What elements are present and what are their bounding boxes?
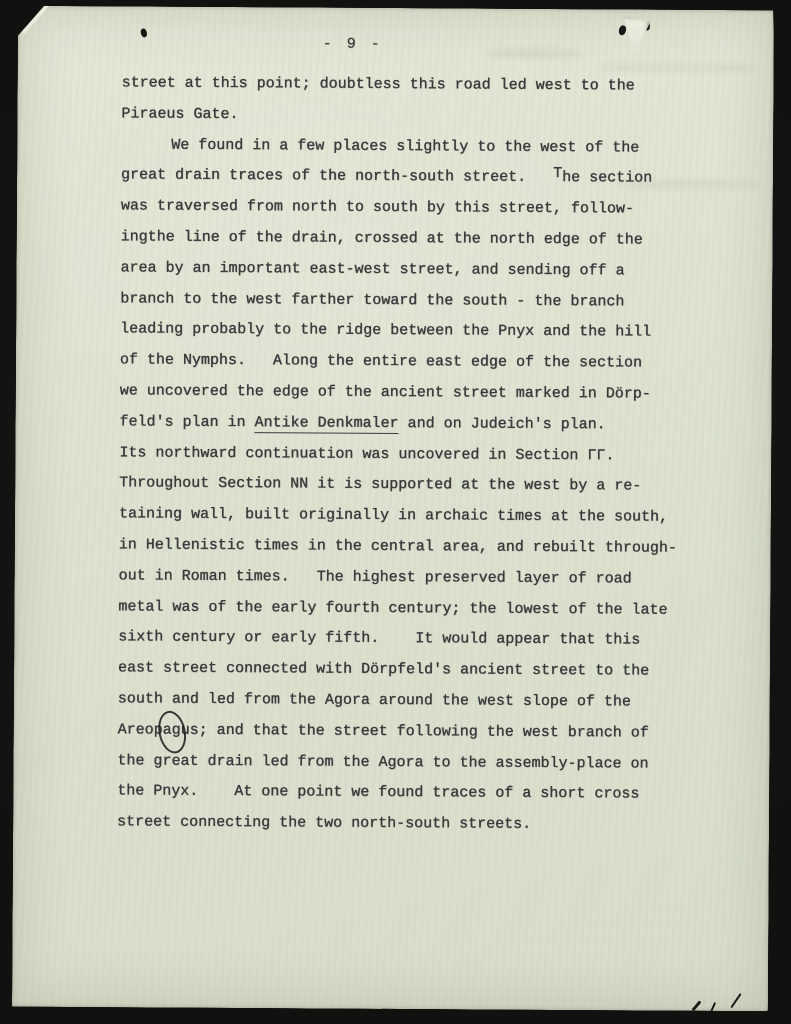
typed-line: out in Roman times. The highest preserve…: [118, 561, 718, 595]
typed-text-segment: east street connected with Dörpfeld's an…: [118, 659, 649, 679]
typed-text-segment: and on Judeich's plan.: [399, 415, 606, 433]
ink-mark: [730, 993, 741, 1008]
typed-line: We found in a few places slightly to the…: [121, 130, 721, 164]
typed-line: the Pnyx. At one point we found traces o…: [117, 777, 717, 811]
typed-text-segment: Piraeus Gate.: [121, 105, 238, 123]
typed-line: was traversed from north to south by thi…: [121, 192, 721, 226]
typed-text-segment: Areop: [118, 721, 163, 738]
typescript-body: street at this point; doubtless this roa…: [117, 68, 722, 842]
typed-text-segment: street at this point; doubtless this roa…: [122, 74, 635, 94]
typed-text-segment: the Pnyx. At one point we found traces o…: [117, 783, 639, 803]
typed-text-segment: street connecting the two north-south st…: [117, 813, 531, 833]
typed-line: great drain traces of the north-south st…: [121, 161, 721, 195]
typed-line: Areopagus; and that the street following…: [118, 715, 718, 749]
typed-line: street connecting the two north-south st…: [117, 807, 717, 841]
typed-line: we uncovered the edge of the ancient str…: [120, 376, 720, 410]
staple-hole: [618, 25, 627, 36]
typed-text-segment: feld's plan in: [119, 413, 254, 431]
typed-text-segment: was traversed from north to south by thi…: [121, 198, 634, 218]
typed-text-segment: Throughout Section NN it is supported at…: [119, 475, 641, 495]
typed-text-segment: sixth century or early fifth. It would a…: [118, 629, 640, 649]
typed-text-segment: he section: [562, 169, 652, 187]
typed-text-segment: taining wall, built originally in archai…: [119, 505, 668, 525]
typed-line: the great drain led from the Agora to th…: [117, 746, 717, 780]
ink-mark: [710, 1002, 716, 1013]
typed-text-segment: branch to the west farther toward the so…: [120, 290, 624, 310]
typed-text-segment: We found in a few places slightly to the…: [171, 136, 639, 156]
paper-sheet: - 9 - street at this point; doubtless th…: [12, 6, 774, 1012]
typed-line: taining wall, built originally in archai…: [119, 499, 719, 533]
typed-text-segment: we uncovered the edge of the ancient str…: [120, 382, 651, 402]
typed-line: leading probably to the ridge between th…: [120, 315, 720, 349]
typed-line: ingthe line of the drain, crossed at the…: [121, 222, 721, 256]
typed-line: south and led from the Agora around the …: [118, 684, 718, 718]
page-number: - 9 -: [323, 36, 383, 53]
typed-text-segment: out in Roman times. The highest preserve…: [119, 567, 632, 587]
typed-text-segment: metal was of the early fourth century; t…: [118, 598, 667, 618]
scanned-page-photo: - 9 - street at this point; doubtless th…: [0, 0, 791, 1024]
typed-line: branch to the west farther toward the so…: [120, 284, 720, 318]
typed-text-segment: ingthe line of the drain, crossed at the…: [121, 228, 643, 248]
typed-text-segment: the great drain led from the Agora to th…: [117, 752, 648, 772]
typed-text-segment: great drain traces of the north-south st…: [121, 167, 553, 187]
raised-typed-character: T: [553, 165, 562, 182]
typed-text-segment: south and led from the Agora around the …: [118, 690, 631, 710]
typed-line: of the Nymphs. Along the entire east edg…: [120, 346, 720, 380]
typed-text-segment: in Hellenistic times in the central area…: [119, 536, 677, 556]
underlined-book-title: Antike Denkmaler: [254, 414, 398, 434]
typed-line: area by an important east-west street, a…: [120, 253, 720, 287]
typed-line: sixth century or early fifth. It would a…: [118, 623, 718, 657]
typed-line: east street connected with Dörpfeld's an…: [118, 653, 718, 687]
typed-line: feld's plan in Antike Denkmaler and on J…: [119, 407, 719, 441]
staple-hole: [140, 28, 148, 38]
typed-line: in Hellenistic times in the central area…: [119, 530, 719, 564]
typed-line: Throughout Section NN it is supported at…: [119, 469, 719, 503]
typed-line: metal was of the early fourth century; t…: [118, 592, 718, 626]
typed-line: street at this point; doubtless this roa…: [121, 68, 721, 102]
typed-text-segment: area by an important east-west street, a…: [120, 259, 624, 279]
page-corner-fold-topleft: [22, 1, 52, 35]
typed-text-segment: Its northward continuation was uncovered…: [119, 444, 614, 464]
typed-text-segment: leading probably to the ridge between th…: [120, 321, 651, 341]
typed-line: Its northward continuation was uncovered…: [119, 438, 719, 472]
handwritten-correction-circle: ag: [163, 715, 181, 746]
ink-mark: [691, 1000, 701, 1011]
staple-fold-flap: [620, 16, 650, 56]
typed-text-segment: us; and that the street following the we…: [181, 721, 649, 741]
ink-bleedthrough: [486, 49, 581, 59]
typed-text-segment: of the Nymphs. Along the entire east edg…: [120, 352, 642, 372]
typed-line: Piraeus Gate.: [121, 99, 721, 133]
